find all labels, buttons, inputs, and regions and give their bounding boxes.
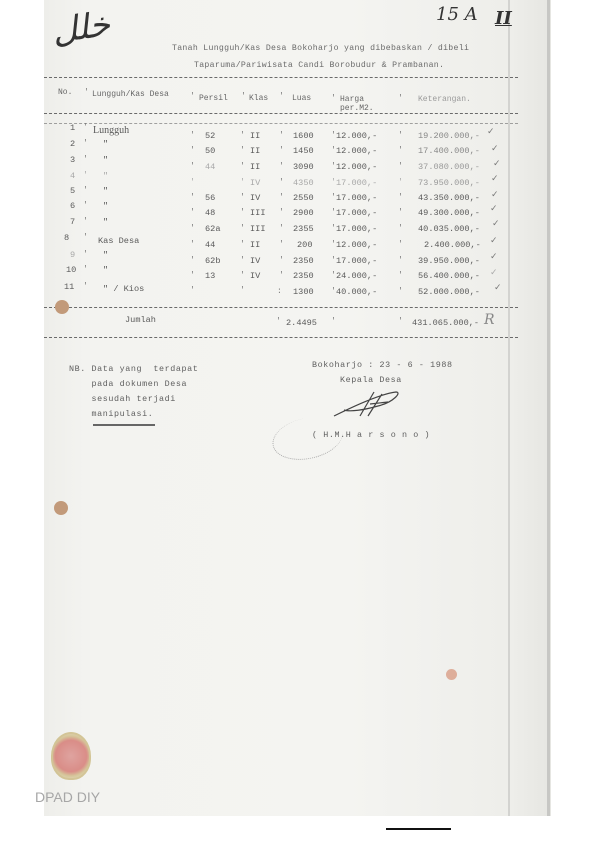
- header-harga-per-m2: per.M2.: [340, 104, 374, 113]
- header-persil: Persil: [199, 94, 228, 103]
- note-underline: [93, 424, 155, 426]
- handwritten-initials: خلل: [49, 4, 112, 52]
- note-line: NB. Data yang terdapat: [69, 362, 198, 377]
- scale-bar: [386, 828, 451, 830]
- signature-place-date: Bokoharjo : 23 - 6 - 1988: [312, 358, 453, 373]
- check-mark-icon: ✓: [494, 283, 502, 293]
- note-line: manipulasi.: [69, 407, 198, 422]
- check-mark-icon: ✓: [493, 159, 501, 169]
- handwritten-roman-numeral: II: [495, 8, 512, 29]
- total-amount: 431.065.000,-: [412, 318, 479, 328]
- punch-hole: [54, 501, 68, 515]
- rule-top: [44, 77, 518, 78]
- check-mark-icon: ✓: [487, 127, 495, 137]
- check-mark-icon: ✓: [491, 174, 499, 184]
- handwritten-page-number: 15 A: [436, 4, 478, 25]
- check-mark-icon: ✓: [491, 144, 499, 154]
- header-luas: Luas: [292, 94, 311, 103]
- check-mark-icon: ✓: [490, 204, 498, 214]
- page-edge-shadow: [547, 0, 550, 816]
- total-label: Jumlah: [125, 315, 156, 325]
- check-mark-icon: ✓: [492, 219, 500, 229]
- stain: [446, 669, 457, 680]
- handwritten-mark: R: [484, 312, 495, 328]
- header-keterangan: Keterangan.: [418, 95, 471, 104]
- emblem-logo-icon: [51, 732, 91, 780]
- rule-total-bottom: [44, 337, 518, 338]
- document-title-line1: Tanah Lungguh/Kas Desa Bokoharjo yang di…: [172, 44, 469, 53]
- total-luas: 2.4495: [286, 318, 317, 328]
- note-line: sesudah terjadi: [69, 392, 198, 407]
- document-title-line2: Taparuma/Pariwisata Candi Borobudur & Pr…: [194, 61, 444, 70]
- header-klas: Klas: [249, 94, 268, 103]
- note-block: NB. Data yang terdapat pada dokumen Desa…: [69, 362, 198, 422]
- punch-hole: [55, 300, 69, 314]
- check-mark-icon: ✓: [490, 236, 498, 246]
- check-mark-icon: ✓: [490, 268, 498, 278]
- rule-header-bottom-2: [44, 123, 518, 124]
- header-harga: Harga: [340, 95, 364, 104]
- check-mark-icon: ✓: [491, 190, 499, 200]
- watermark-text: DPAD DIY: [35, 789, 100, 805]
- note-line: pada dokumen Desa: [69, 377, 198, 392]
- rule-header-bottom: [44, 113, 518, 114]
- check-mark-icon: ✓: [490, 252, 498, 262]
- header-lungguh-kas-desa: Lungguh/Kas Desa: [92, 90, 169, 99]
- signature-scribble-icon: [330, 386, 402, 422]
- header-no: No.: [58, 88, 72, 97]
- rule-total-top: [44, 307, 518, 308]
